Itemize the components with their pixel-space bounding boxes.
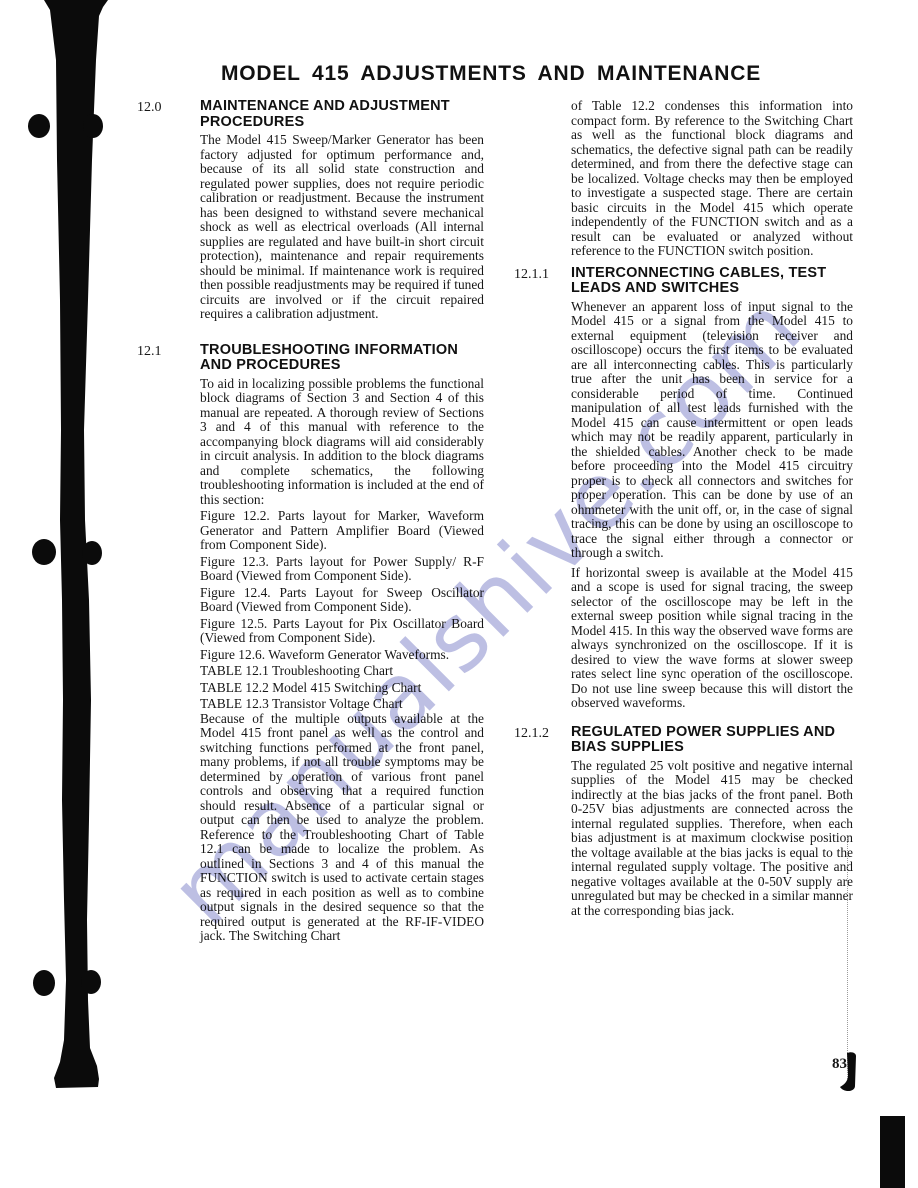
paragraph: Whenever an apparent loss of input signa…	[571, 300, 853, 561]
section-number: 12.1.1	[514, 267, 549, 283]
reference-item: Figure 12.3. Parts layout for Power Supp…	[200, 555, 484, 584]
binding-stripe	[44, 0, 108, 1088]
reference-item: Figure 12.4. Parts Layout for Sweep Osci…	[200, 586, 484, 615]
paragraph: The Model 415 Sweep/Marker Generator has…	[200, 133, 484, 322]
section-12-1-2: 12.1.2 REGULATED POWER SUPPLIES AND BIAS…	[571, 725, 853, 919]
reference-item: TABLE 12.1 Troubleshooting Chart	[200, 664, 484, 679]
right-column: of Table 12.2 condenses this information…	[571, 99, 853, 918]
section-number: 12.1	[137, 344, 162, 360]
reference-item: Figure 12.5. Parts Layout for Pix Oscill…	[200, 617, 484, 646]
punch-hole	[28, 114, 50, 138]
reference-item: Figure 12.6. Waveform Generator Waveform…	[200, 648, 484, 663]
section-heading: INTERCONNECTING CABLES, TEST LEADS AND S…	[571, 266, 853, 297]
page-title: MODEL 415 ADJUSTMENTS AND MAINTENANCE	[64, 62, 918, 86]
paragraph: Because of the multiple outputs availabl…	[200, 712, 484, 944]
punch-hole	[33, 970, 55, 996]
punch-hole	[32, 539, 56, 565]
scan-dotted-line	[847, 838, 848, 1083]
section-12-1: 12.1 TROUBLESHOOTING INFORMATION AND PRO…	[200, 343, 484, 944]
reference-item: Figure 12.2. Parts layout for Marker, Wa…	[200, 509, 484, 553]
paragraph: If horizontal sweep is available at the …	[571, 566, 853, 711]
section-heading: REGULATED POWER SUPPLIES AND BIAS SUPPLI…	[571, 725, 853, 756]
edge-mark-bottom-right	[880, 1116, 905, 1188]
section-heading: TROUBLESHOOTING INFORMATION AND PROCEDUR…	[200, 343, 484, 374]
section-12-0: 12.0 MAINTENANCE AND ADJUSTMENT PROCEDUR…	[200, 99, 484, 322]
reference-item: TABLE 12.3 Transistor Voltage Chart	[200, 697, 484, 712]
paragraph: The regulated 25 volt positive and negat…	[571, 759, 853, 919]
punch-hole	[82, 541, 102, 565]
section-number: 12.0	[137, 100, 162, 116]
punch-hole	[83, 114, 103, 138]
paragraph: To aid in localizing possible problems t…	[200, 377, 484, 508]
punch-hole	[81, 970, 101, 994]
section-number: 12.1.2	[514, 726, 549, 742]
page-number: 83	[832, 1056, 847, 1073]
paragraph-continuation: of Table 12.2 condenses this information…	[571, 99, 853, 259]
section-12-1-1: 12.1.1 INTERCONNECTING CABLES, TEST LEAD…	[571, 266, 853, 711]
manual-page: MODEL 415 ADJUSTMENTS AND MAINTENANCE 12…	[0, 0, 918, 1188]
section-heading: MAINTENANCE AND ADJUSTMENT PROCEDURES	[200, 99, 484, 130]
left-column: 12.0 MAINTENANCE AND ADJUSTMENT PROCEDUR…	[200, 99, 484, 944]
reference-item: TABLE 12.2 Model 415 Switching Chart	[200, 681, 484, 696]
